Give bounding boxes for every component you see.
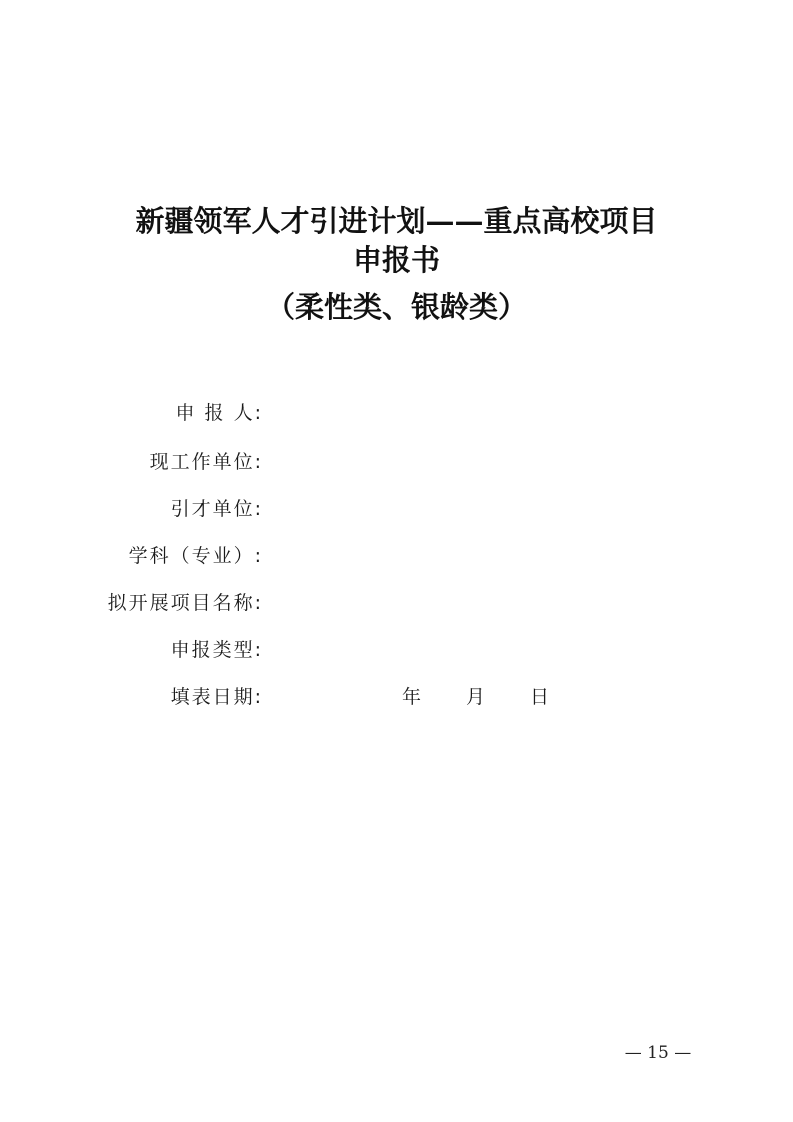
discipline-label: 学科（专业）: [129, 541, 263, 571]
current-employer-label: 现工作单位: [150, 447, 263, 477]
form-row-fill-date: 填表日期: 年 月 日 [0, 682, 793, 712]
date-month-label: 月 [466, 682, 485, 712]
host-institution-label: 引才单位: [171, 494, 263, 524]
form-row-project-name: 拟开展项目名称: [0, 588, 793, 618]
current-employer-field[interactable] [270, 447, 670, 477]
discipline-field[interactable] [270, 541, 670, 571]
form-row-host-institution: 引才单位: [0, 494, 793, 524]
document-category: （柔性类、银龄类） [0, 289, 793, 325]
host-institution-field[interactable] [270, 494, 670, 524]
date-day-label: 日 [530, 682, 549, 712]
applicant-label: 申 报 人: [176, 398, 263, 428]
project-name-label: 拟开展项目名称: [108, 588, 263, 618]
application-type-field[interactable] [270, 635, 670, 665]
application-type-label: 申报类型: [171, 635, 263, 665]
document-subtitle: 申报书 [0, 242, 793, 278]
date-year-label: 年 [402, 682, 421, 712]
project-name-field[interactable] [270, 588, 670, 618]
form-row-applicant: 申 报 人: [0, 398, 793, 428]
document-title: 新疆领军人才引进计划——重点高校项目 [0, 203, 793, 239]
fill-date-label: 填表日期: [171, 682, 263, 712]
page-number: — 15 — [618, 1041, 698, 1065]
form-row-discipline: 学科（专业）: [0, 541, 793, 571]
applicant-field[interactable] [270, 398, 670, 428]
form-row-application-type: 申报类型: [0, 635, 793, 665]
form-row-current-employer: 现工作单位: [0, 447, 793, 477]
